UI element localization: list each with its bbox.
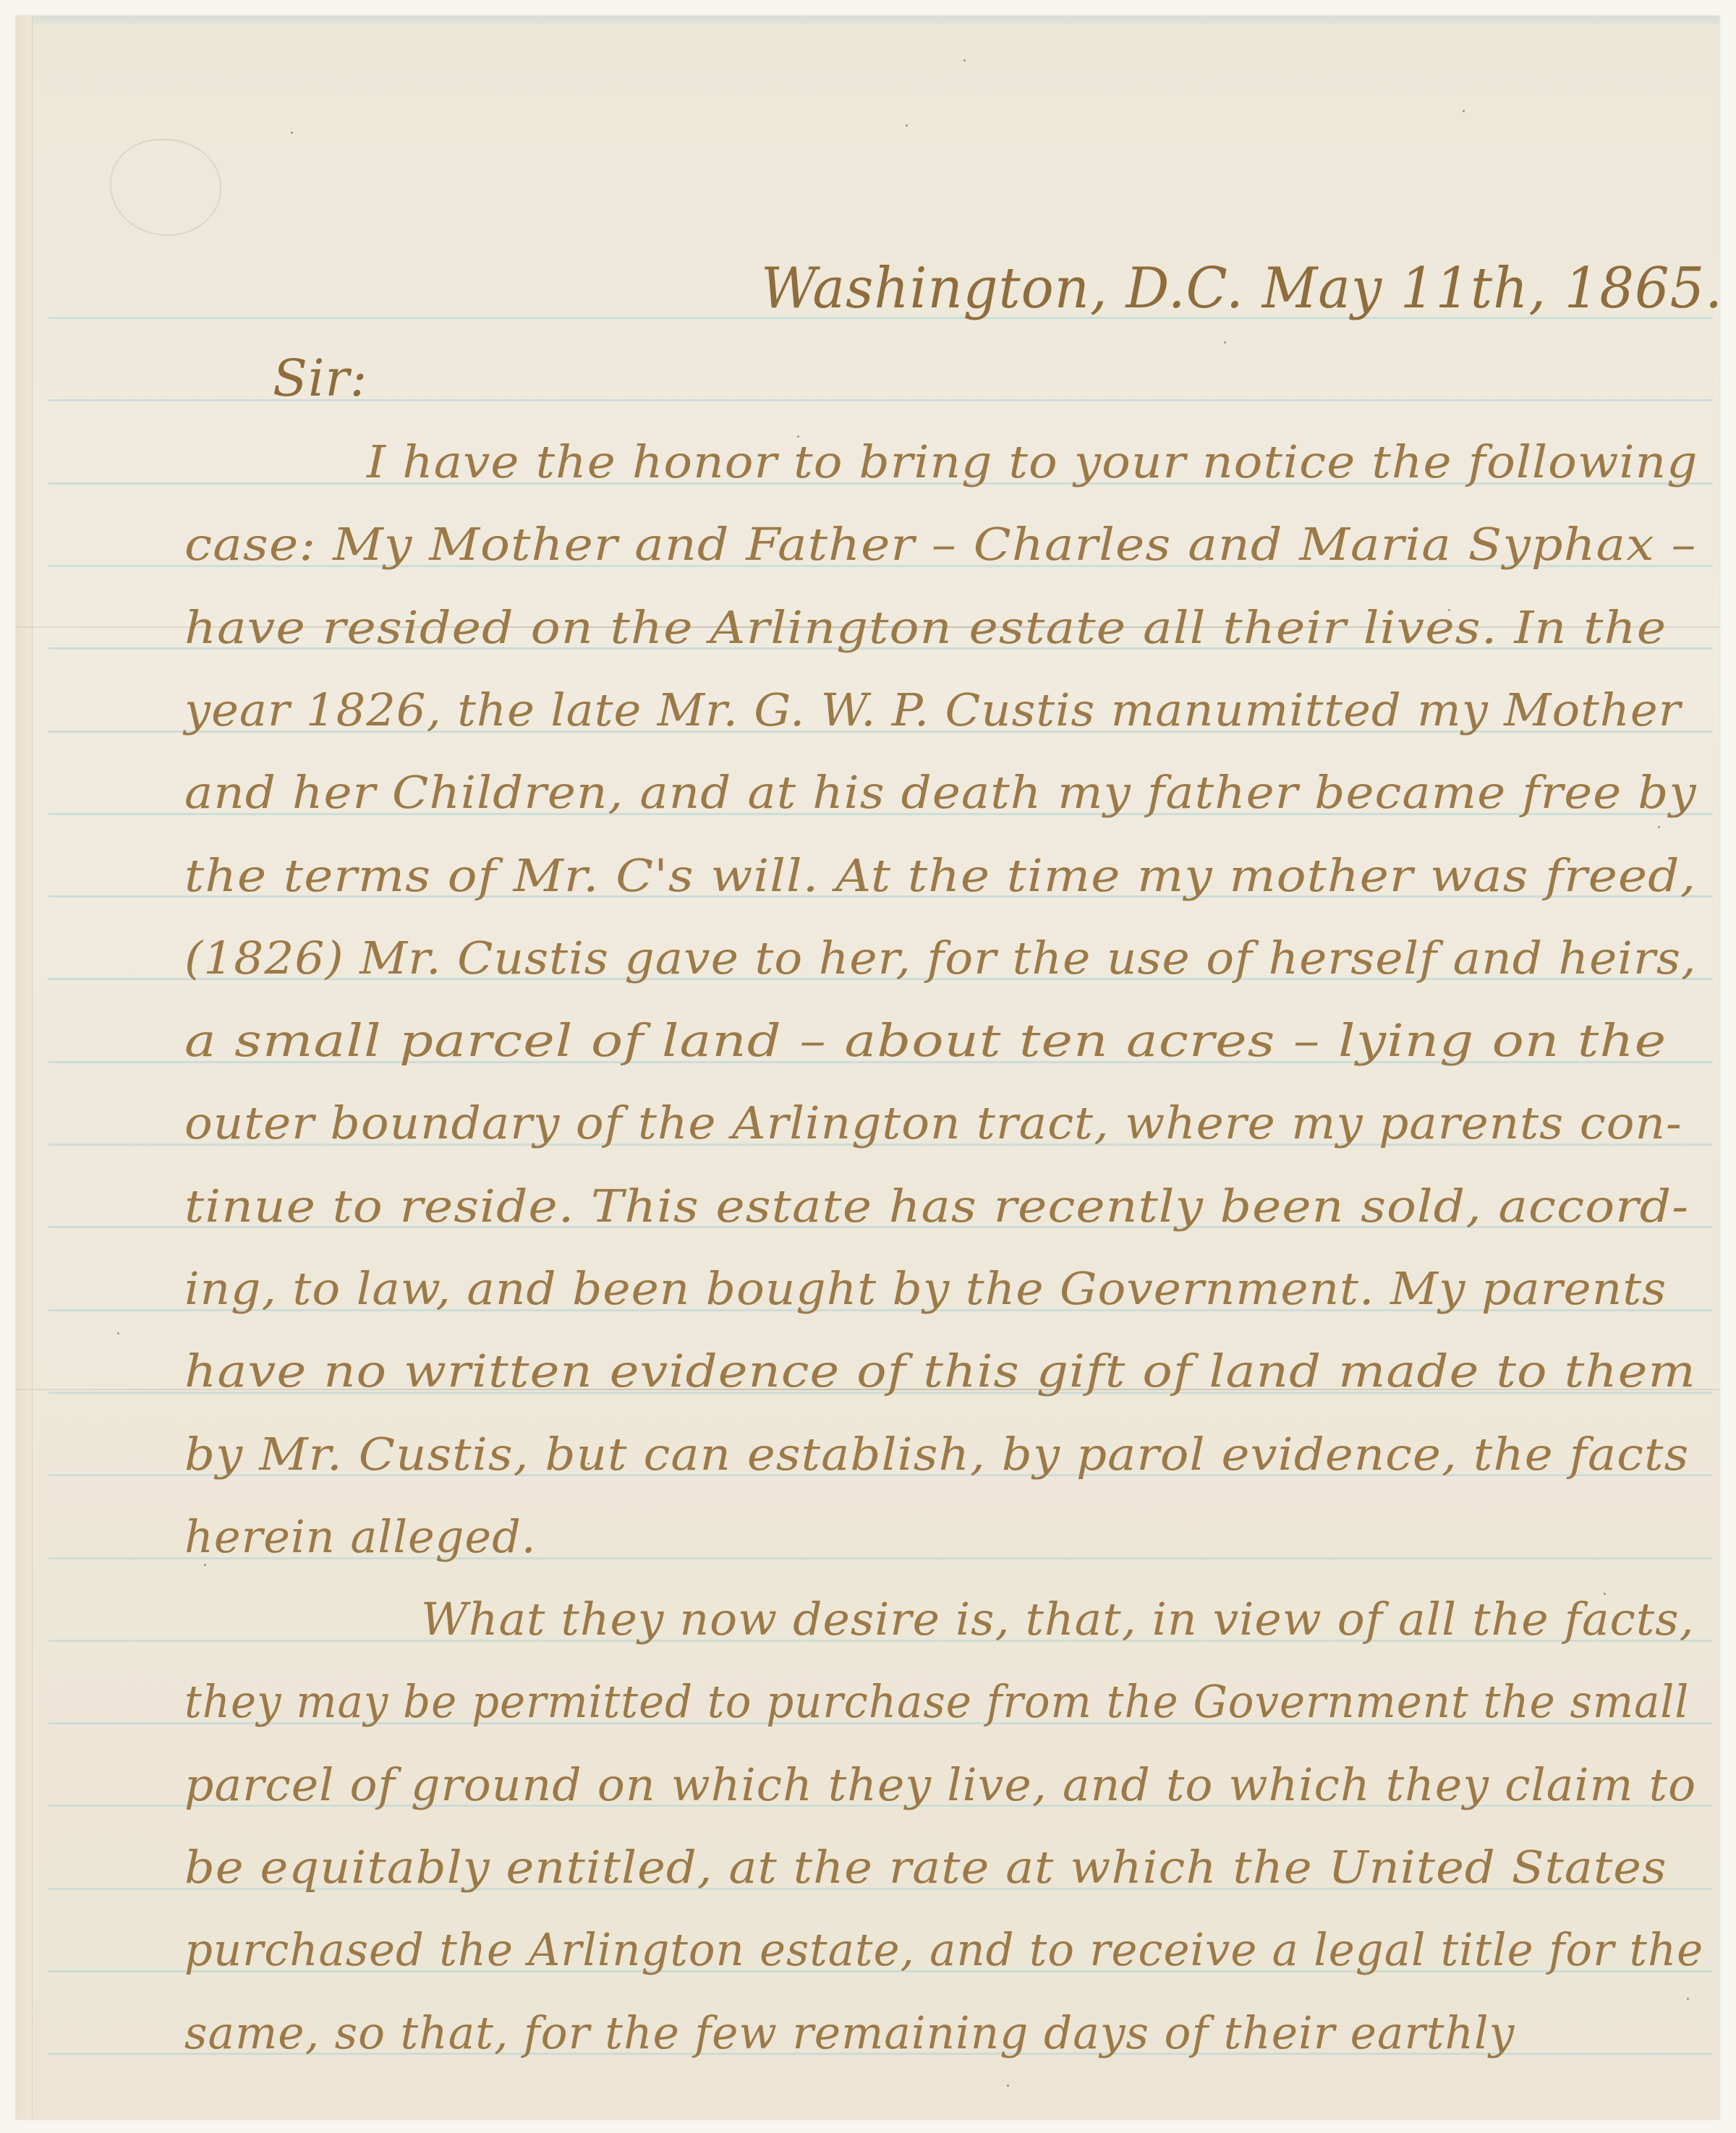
paper-speck (1658, 826, 1660, 828)
body-line: they may be permitted to purchase from t… (184, 1679, 1689, 1724)
body-line: I have the honor to bring to your notice… (367, 440, 1698, 485)
paper-speck (204, 1564, 206, 1566)
paper-speck (1007, 2085, 1009, 2087)
paper-speck (963, 59, 966, 61)
body-line: same, so that, for the few remaining day… (184, 2011, 1515, 2056)
body-line: year 1826, the late Mr. G. W. P. Custis … (184, 688, 1681, 733)
body-line: outer boundary of the Arlington tract, w… (184, 1101, 1682, 1146)
body-line: What they now desire is, that, in view o… (421, 1597, 1695, 1642)
letter-page: Washington, D.C. May 11th, 1865. Sir: I … (16, 16, 1719, 2119)
body-line: a small parcel of land – about ten acres… (184, 1018, 1667, 1063)
paper-speck (587, 1463, 590, 1465)
body-line: herein alleged. (184, 1515, 537, 1559)
embossed-stamp-icon (110, 139, 221, 236)
body-line: parcel of ground on which they live, and… (184, 1763, 1696, 1808)
paper-speck (117, 1332, 119, 1334)
paper-speck (1173, 1774, 1175, 1776)
place-date-heading: Washington, D.C. May 11th, 1865. (761, 260, 1723, 317)
paper-speck (1463, 110, 1465, 112)
paper-top-edge (16, 16, 1719, 25)
body-line: the terms of Mr. C's will. At the time m… (184, 853, 1696, 898)
paper-speck (1224, 341, 1226, 344)
body-line: case: My Mother and Father – Charles and… (184, 522, 1697, 567)
body-line: ing, to law, and been bought by the Gove… (184, 1266, 1667, 1311)
body-line: have resided on the Arlington estate all… (184, 605, 1667, 650)
paper-speck (1604, 1593, 1606, 1595)
paper-speck (609, 1875, 611, 1877)
paper-speck (906, 124, 908, 127)
body-line: (1826) Mr. Custis gave to her, for the u… (184, 936, 1697, 981)
body-line: purchased the Arlington estate, and to r… (184, 1928, 1703, 1972)
body-line: have no written evidence of this gift of… (184, 1349, 1696, 1394)
paper-speck (291, 132, 293, 134)
body-line: and her Children, and at his death my fa… (184, 770, 1697, 815)
body-line: tinue to reside. This estate has recentl… (184, 1184, 1689, 1229)
paper-speck (1448, 609, 1450, 611)
body-line: be equitably entitled, at the rate at wh… (184, 1845, 1667, 1890)
paper-speck (797, 435, 799, 438)
paper-left-margin-strip (16, 16, 33, 2119)
paper-speck (1687, 1998, 1689, 2000)
salutation: Sir: (273, 353, 367, 404)
body-line: by Mr. Custis, but can establish, by par… (184, 1432, 1689, 1477)
